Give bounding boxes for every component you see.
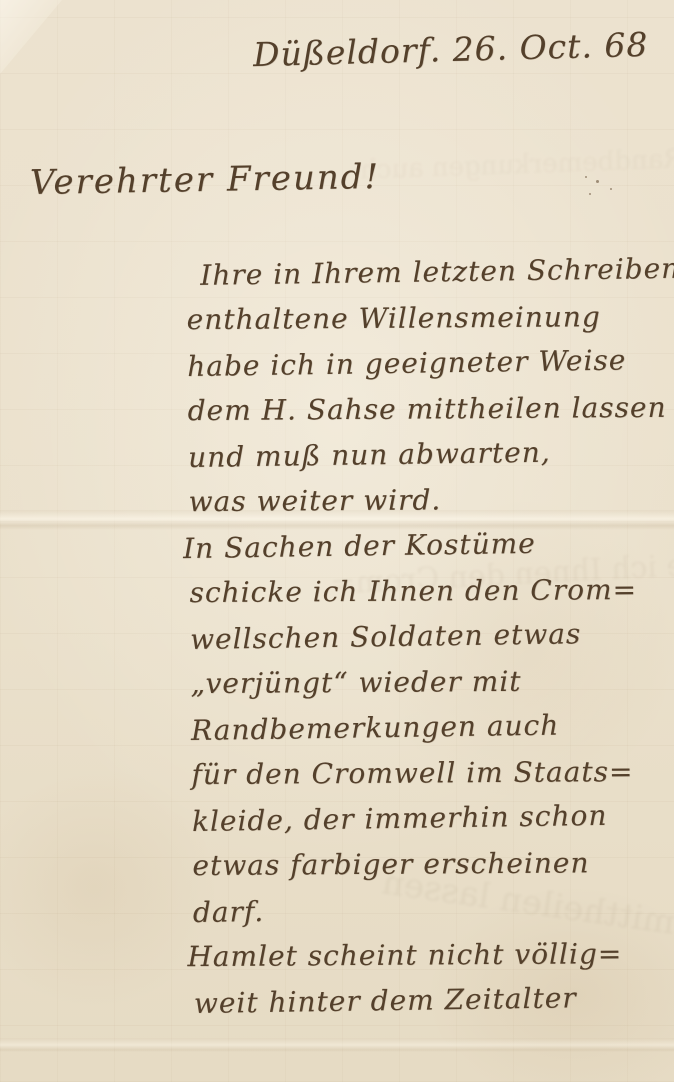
body-line: „verjüngt“ wieder mit: [190, 657, 668, 706]
ink-showthrough: Randbemerkungen auch: [360, 144, 674, 185]
body-line: für den Cromwell im Staats=: [191, 748, 669, 797]
body-line: und muß nun abwarten,: [188, 428, 667, 481]
body-line: wellschen Soldaten etwas: [190, 610, 669, 663]
horizontal-fold-crease-bottom: [0, 1038, 674, 1052]
body-line: was weiter wird.: [188, 475, 666, 524]
dateline: Düßeldorf. 26. Oct. 68: [252, 25, 648, 74]
body-line: Ihre in Ihrem letzten Schreiben: [200, 246, 665, 298]
salutation: Verehrter Freund!: [30, 157, 381, 203]
ink-speck: [596, 180, 599, 183]
corner-fold-crease: [0, 0, 62, 74]
body-line: kleide, der immerhin schon: [192, 792, 671, 845]
body-line: enthaltene Willensmeinung: [187, 293, 665, 342]
ink-speck: [589, 193, 591, 195]
body-line: weit hinter dem Zeitalter: [194, 974, 673, 1027]
body-line: schicke ich Ihnen den Crom=: [189, 566, 667, 615]
body-line: etwas farbiger erscheinen: [192, 839, 670, 888]
letter-page: schicke ich Ihnen den Crom= dem H. Sahse…: [0, 0, 674, 1082]
body-line: dem H. Sahse mittheilen lassen: [188, 384, 666, 433]
body-line: darf.: [193, 883, 672, 936]
body-line: In Sachen der Kostüme: [183, 519, 668, 572]
body-line: Hamlet scheint nicht völlig=: [187, 930, 671, 979]
body-line: Randbemerkungen auch: [191, 701, 670, 754]
letter-body: Ihre in Ihrem letzten Schreiben enthalte…: [186, 247, 672, 1025]
ink-speck: [610, 188, 612, 190]
body-line: habe ich in geeigneter Weise: [187, 337, 666, 390]
ink-speck: [585, 176, 587, 178]
